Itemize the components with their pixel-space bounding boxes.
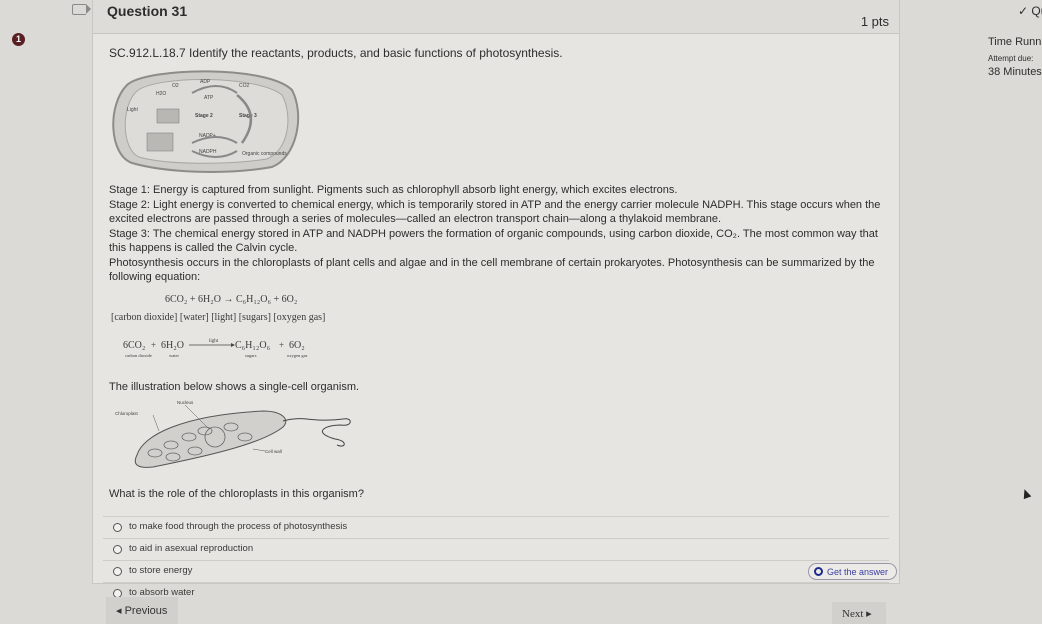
question-body: SC.912.L.18.7 Identify the reactants, pr… xyxy=(93,34,899,604)
stage-1-text: Stage 1: Energy is captured from sunligh… xyxy=(109,183,883,198)
get-answer-label: Get the answer xyxy=(827,567,888,577)
photosynthesis-diagram: H2O O2 ADP ATP CO2 Light Stage 1 Stage 2… xyxy=(107,65,302,173)
svg-text:Stage 2: Stage 2 xyxy=(195,113,213,119)
svg-text:oxygen gas: oxygen gas xyxy=(287,353,308,358)
answer-option[interactable]: to store energy xyxy=(103,560,889,582)
answer-label: to aid in asexual reproduction xyxy=(129,542,253,557)
svg-text:ATP: ATP xyxy=(204,95,214,101)
previous-button[interactable]: ◂ Previous xyxy=(106,597,178,624)
next-button[interactable]: Next ▸ xyxy=(832,602,886,624)
svg-text:CO2: CO2 xyxy=(239,83,250,89)
svg-text:6CO₂: 6CO₂ xyxy=(123,340,145,351)
svg-text:water: water xyxy=(169,353,179,358)
svg-text:+: + xyxy=(151,340,156,350)
attempt-due-label: Attempt due: xyxy=(988,54,1033,63)
svg-text:sugars: sugars xyxy=(245,353,257,358)
alert-badge: 1 xyxy=(12,33,25,46)
answer-label: to store energy xyxy=(129,564,192,579)
stage-3-text: Stage 3: The chemical energy stored in A… xyxy=(109,227,883,256)
svg-text:6O₂: 6O₂ xyxy=(289,340,305,351)
questions-link[interactable]: ✓ Questions xyxy=(1018,4,1042,18)
svg-text:C₆H₁₂O₆: C₆H₁₂O₆ xyxy=(235,340,271,351)
equation-labels: [carbon dioxide] [water] [light] [sugars… xyxy=(111,311,883,326)
svg-text:light: light xyxy=(209,339,219,344)
question-prompt: What is the role of the chloroplasts in … xyxy=(109,487,883,502)
svg-text:6H₂O: 6H₂O xyxy=(161,340,184,351)
radio-button[interactable] xyxy=(113,523,122,532)
radio-button[interactable] xyxy=(113,545,122,554)
svg-text:O2: O2 xyxy=(172,83,179,89)
radio-button[interactable] xyxy=(113,567,122,576)
summary-text: Photosynthesis occurs in the chloroplast… xyxy=(109,256,883,285)
question-card: Question 31 1 pts SC.912.L.18.7 Identify… xyxy=(92,0,900,584)
svg-text:Cell wall: Cell wall xyxy=(265,449,282,454)
svg-text:ADP: ADP xyxy=(200,79,211,85)
answer-option[interactable]: to aid in asexual reproduction xyxy=(103,538,889,560)
question-points: 1 pts xyxy=(861,14,889,29)
organism-illustration: Nucleus Chloroplast Cell wall xyxy=(113,397,373,477)
illustration-intro: The illustration below shows a single-ce… xyxy=(109,380,883,395)
ring-icon xyxy=(814,567,823,576)
stage-2-text: Stage 2: Light energy is converted to ch… xyxy=(109,198,883,227)
labeled-equation: 6CO₂ + 6H₂O light C₆H₁₂O₆ + 6O₂ carbon d… xyxy=(121,336,341,380)
equation: 6CO₂ + 6H₂O → C₆H₁₂O₆ + 6O₂ xyxy=(165,293,883,308)
svg-text:Organic compounds: Organic compounds xyxy=(242,151,287,157)
svg-text:carbon dioxide: carbon dioxide xyxy=(125,353,152,358)
answer-list: to make food through the process of phot… xyxy=(103,516,889,604)
svg-text:Light: Light xyxy=(127,107,138,113)
svg-text:Chloroplast: Chloroplast xyxy=(115,411,139,416)
get-answer-button[interactable]: Get the answer xyxy=(808,563,897,580)
question-title: Question 31 xyxy=(107,3,187,19)
flag-question-icon[interactable] xyxy=(72,4,86,15)
time-running-label: Time Running: xyxy=(988,36,1042,48)
svg-text:+: + xyxy=(279,340,284,350)
answer-option[interactable]: to absorb water xyxy=(103,582,889,604)
svg-text:Nucleus: Nucleus xyxy=(177,400,194,405)
stage-descriptions: Stage 1: Energy is captured from sunligh… xyxy=(109,183,883,285)
answer-option[interactable]: to make food through the process of phot… xyxy=(103,516,889,538)
mouse-cursor-icon xyxy=(1021,488,1032,499)
svg-text:Stage 3: Stage 3 xyxy=(239,113,257,119)
standard-text: SC.912.L.18.7 Identify the reactants, pr… xyxy=(109,46,883,61)
question-header: Question 31 1 pts xyxy=(93,0,899,34)
minutes-remaining: 38 Minutes xyxy=(988,66,1042,78)
svg-text:H2O: H2O xyxy=(156,91,166,97)
answer-label: to make food through the process of phot… xyxy=(129,520,347,535)
